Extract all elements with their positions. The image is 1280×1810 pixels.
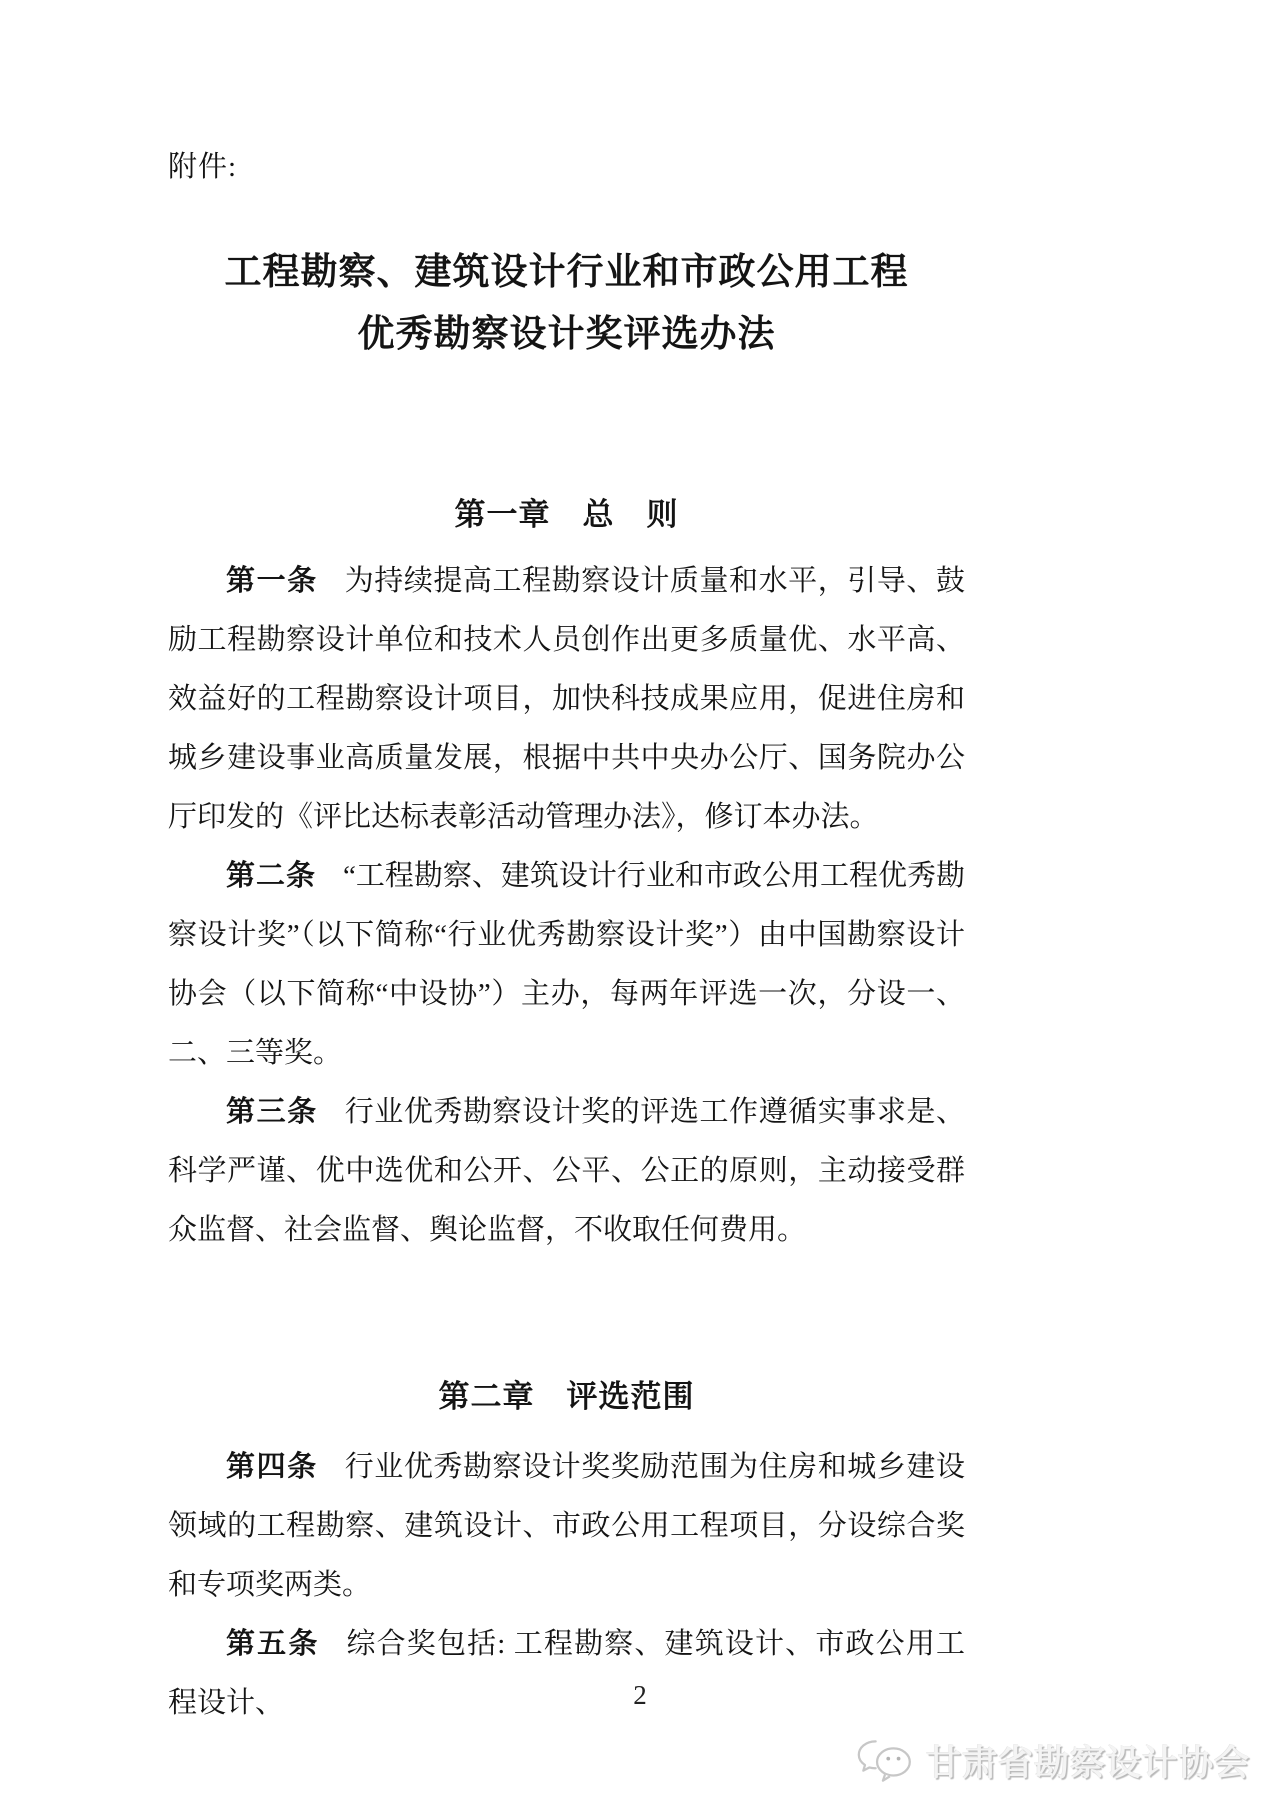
attachment-label: 附件: xyxy=(168,146,965,188)
document-page: 附件: 工程勘察、建筑设计行业和市政公用工程 优秀勘察设计奖评选办法 第一章 总… xyxy=(0,0,1280,1810)
article-2-number: 第二条 xyxy=(226,860,316,892)
article-1: 第一条为持续提高工程勘察设计质量和水平，引导、鼓励工程勘察设计单位和技术人员创作… xyxy=(168,552,965,847)
article-1-text: 为持续提高工程勘察设计质量和水平，引导、鼓励工程勘察设计单位和技术人员创作出更多… xyxy=(168,565,965,833)
article-4: 第四条行业优秀勘察设计奖奖励范围为住房和城乡建设领域的工程勘察、建筑设计、市政公… xyxy=(168,1438,965,1615)
article-3-number: 第三条 xyxy=(226,1096,318,1128)
association-name: 甘肃省勘察设计协会 xyxy=(926,1736,1250,1786)
article-5-number: 第五条 xyxy=(226,1628,319,1660)
article-3: 第三条行业优秀勘察设计奖的评选工作遵循实事求是、科学严谨、优中选优和公开、公平、… xyxy=(168,1083,965,1260)
document-title-line-2: 优秀勘察设计奖评选办法 xyxy=(168,304,965,366)
article-2: 第二条“工程勘察、建筑设计行业和市政公用工程优秀勘察设计奖”（以下简称“行业优秀… xyxy=(168,847,965,1083)
document-title-line-1: 工程勘察、建筑设计行业和市政公用工程 xyxy=(168,242,965,304)
chapter-1-heading: 第一章 总 则 xyxy=(168,494,965,536)
article-1-number: 第一条 xyxy=(226,565,318,597)
page-number: 2 xyxy=(0,1680,1280,1711)
document-title: 工程勘察、建筑设计行业和市政公用工程 优秀勘察设计奖评选办法 xyxy=(168,242,965,366)
wechat-icon xyxy=(856,1738,914,1784)
chapter-1-articles: 第一条为持续提高工程勘察设计质量和水平，引导、鼓励工程勘察设计单位和技术人员创作… xyxy=(168,552,965,1260)
association-watermark: 甘肃省勘察设计协会 xyxy=(856,1736,1250,1786)
document-content: 附件: 工程勘察、建筑设计行业和市政公用工程 优秀勘察设计奖评选办法 第一章 总… xyxy=(0,0,1280,1733)
chapter-2-heading: 第二章 评选范围 xyxy=(168,1376,965,1418)
article-4-number: 第四条 xyxy=(226,1451,318,1483)
article-5: 第五条综合奖包括: 工程勘察、建筑设计、市政公用工程设计、 xyxy=(168,1615,965,1733)
